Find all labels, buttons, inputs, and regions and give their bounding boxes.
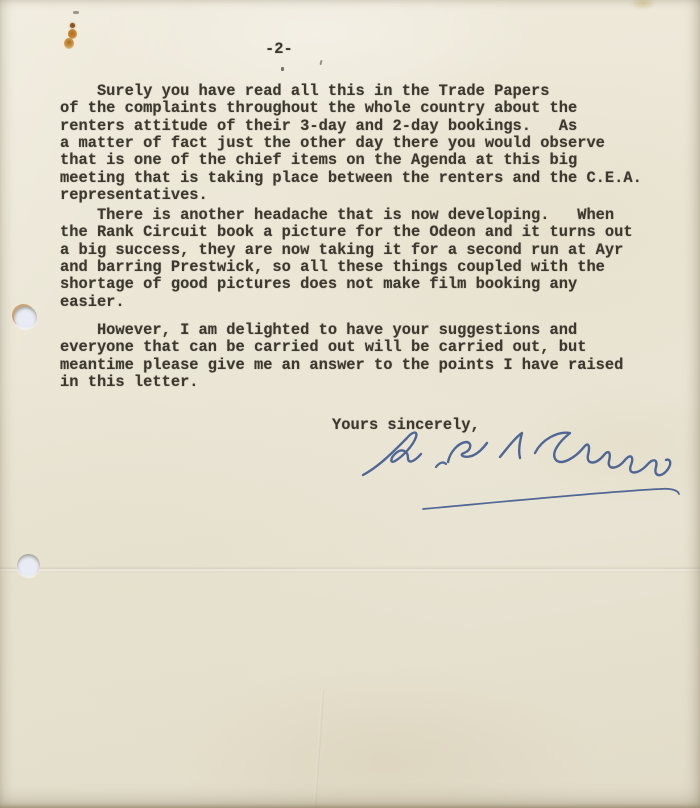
fold-crease [0, 566, 700, 573]
hole-punch [14, 306, 37, 329]
paper-stain [630, 0, 656, 10]
paragraph: However, I am delighted to have your sug… [60, 322, 623, 391]
ink-speck [320, 60, 323, 65]
rust-stain [70, 23, 75, 28]
letter-page: -2- Surely you have read all this in the… [0, 0, 700, 808]
page-number: -2- [265, 41, 293, 58]
bottom-crease [313, 690, 325, 808]
hole-punch [17, 554, 40, 577]
closing-salutation: Yours sincerely, [332, 417, 480, 434]
signature-autograph [350, 425, 690, 520]
rust-stain [14, 306, 37, 329]
signature-strokes [363, 433, 679, 509]
paragraph: Surely you have read all this in the Tra… [60, 83, 642, 204]
ink-speck [281, 67, 284, 71]
rust-stain [68, 29, 77, 39]
rust-stain [64, 38, 74, 49]
paragraph: There is another headache that is now de… [60, 207, 633, 311]
rust-stain [73, 11, 79, 14]
